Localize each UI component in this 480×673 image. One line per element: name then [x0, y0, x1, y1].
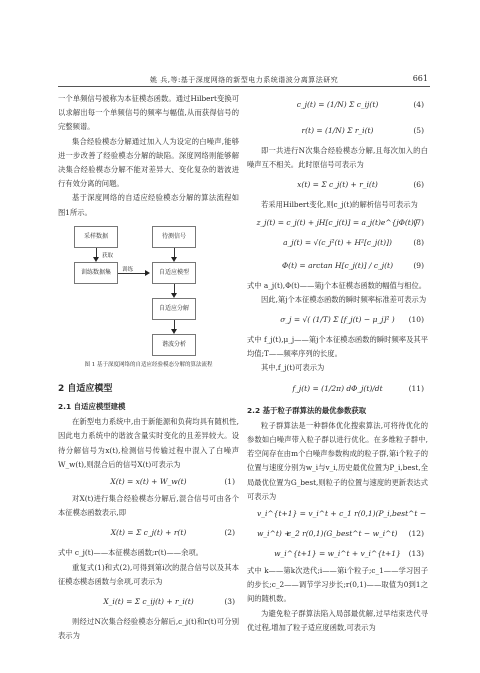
equation-8: a_j(t) = √(c_j²(t) + H²[c_j(t)])(8)	[247, 233, 428, 253]
paragraph: 式中 a_j(t),Φ(t)——第j个本征模态函数的幅值与相位。	[247, 279, 428, 293]
equation-12-line1: v_i^{t+1} = v_i^t + c_1 r(0,1)(P_i,best^…	[247, 504, 428, 524]
section-title: 2 自适应模型	[58, 382, 239, 396]
equation-12-line2: c_2 r(0,1)(G_best^t − w_i^t)(12)	[247, 524, 428, 544]
box-harmonic-analysis: 谐波分析	[152, 334, 196, 356]
equation-1: X(t) = x(t) + W_w(t)(1)	[58, 472, 239, 492]
paragraph: 式中 c_j(t)——本征模态函数;r(t)——余项。	[58, 546, 239, 560]
box-adaptive-model: 自适应模型	[152, 262, 196, 284]
paragraph: 其中,f_j(t)可表示为	[247, 361, 428, 375]
equation-11: f_j(t) = (1/2π) dΦ_j(t)/dt(11)	[247, 376, 428, 402]
paragraph: 即一共进行N次集合经验模态分解,且每次加入的白噪声互不相关。此时原信号可表示为	[247, 144, 428, 172]
paragraph: 在新型电力系统中,由于新能源和负荷均具有随机性,因此电力系统中的谐波含量实时变化…	[58, 415, 239, 472]
equation-13: w_i^{t+1} = w_i^t + v_i^{t+1}(13)	[247, 544, 428, 564]
paragraph: 对X(t)进行集合经验模态分解后,混合信号可由各个本征模态函数表示,即	[58, 492, 239, 520]
paragraph: 重复式(1)和式(2),可得到第i次的混合信号以及其本征模态模态函数与余项,可表…	[58, 561, 239, 589]
figure-caption: 图 1 基于深度网络的自适应经验模态分解的算法流程	[58, 358, 239, 372]
arrow-down-icon	[174, 320, 175, 330]
equation-9: Φ(t) = arctan H[c_j(t)] / c_j(t)(9)	[247, 253, 428, 279]
edge-label-train: 训练	[122, 263, 133, 277]
paragraph: 一个单频信号被称为本征模态函数。通过Hilbert变换可以求解出每一个单频信号的…	[58, 92, 239, 135]
arrow-down-icon	[174, 284, 175, 294]
running-header: 姚 兵,等:基于深度网络的新型电力系统谐波分离算法研究 661	[58, 72, 430, 87]
right-column: c_j(t) = (1/N) Σ c_ij(t)(4) r(t) = (1/N)…	[247, 92, 428, 635]
equation-4: c_j(t) = (1/N) Σ c_ij(t)(4)	[247, 92, 428, 118]
equation-2: X(t) = Σ c_j(t) + r(t)(2)	[58, 520, 239, 546]
paragraph: 式中 k——第k次迭代;i——第i个粒子;c_1——学习因子的步长;c_2——调…	[247, 564, 428, 607]
paragraph: 若采用Hilbert变化,则c_j(t)的解析信号可表示为	[247, 198, 428, 212]
arrow-down-icon	[174, 248, 175, 258]
equation-7: z_j(t) = c_j(t) + jH[c_j(t)] = a_j(t)e^{…	[247, 213, 428, 233]
subsection-title: 2.2 基于粒子群算法的最优参数获取	[247, 404, 428, 418]
box-signal-under-test: 待测信号	[152, 226, 196, 248]
figure-1-flowchart: 采样数据 获取 训练数据集 训练 待测信号 自适应模型 自适应分解 谐波分析 图…	[58, 222, 239, 372]
equation-10: σ_j = √( (1/T) Σ [f_j(t) − μ_j]² )(10)	[247, 307, 428, 333]
equation-5: r(t) = (1/N) Σ r_i(t)(5)	[247, 118, 428, 144]
box-training-dataset: 训练数据集	[74, 262, 118, 284]
paragraph: 式中 f_j(t),μ_j——第j个本征模态函数的瞬时频率及其平均值;T——频率…	[247, 333, 428, 361]
paragraph: 基于深度网络的自适应经验模态分解的算法流程如图1所示。	[58, 191, 239, 219]
equation-3: X_i(t) = Σ c_ij(t) + r_i(t)(3)	[58, 589, 239, 615]
left-column: 一个单频信号被称为本征模态函数。通过Hilbert变换可以求解出每一个单频信号的…	[58, 92, 239, 643]
paragraph: 粒子群算法是一种群体优化搜索算法,可将待优化的参数如白噪声带入粒子群以进行优化。…	[247, 419, 428, 504]
box-sampling-data: 采样数据	[74, 226, 118, 248]
paragraph: 为避免粒子群算法陷入局部最优解,过早结束迭代寻优过程,增加了粒子适应度函数,可表…	[247, 607, 428, 635]
box-adaptive-decomposition: 自适应分解	[152, 298, 196, 320]
equation-6: x(t) = Σ c_j(t) + r_i(t)(6)	[247, 172, 428, 198]
paragraph: 则经过N次集合经验模态分解后,c_j(t)和r(t)可分别表示为	[58, 615, 239, 643]
page-number: 661	[413, 74, 428, 83]
paragraph: 因此,第j个本征模态函数的瞬时频率标准差可表示为	[247, 293, 428, 307]
subsection-title: 2.1 自适应模型建模	[58, 400, 239, 414]
running-title: 姚 兵,等:基于深度网络的新型电力系统谐波分离算法研究	[150, 75, 338, 85]
arrow-down-icon	[96, 248, 97, 258]
paragraph: 集合经验模态分解通过加入人为设定的白噪声,能够进一步改善了经验模态分解的缺陷。深…	[58, 135, 239, 192]
